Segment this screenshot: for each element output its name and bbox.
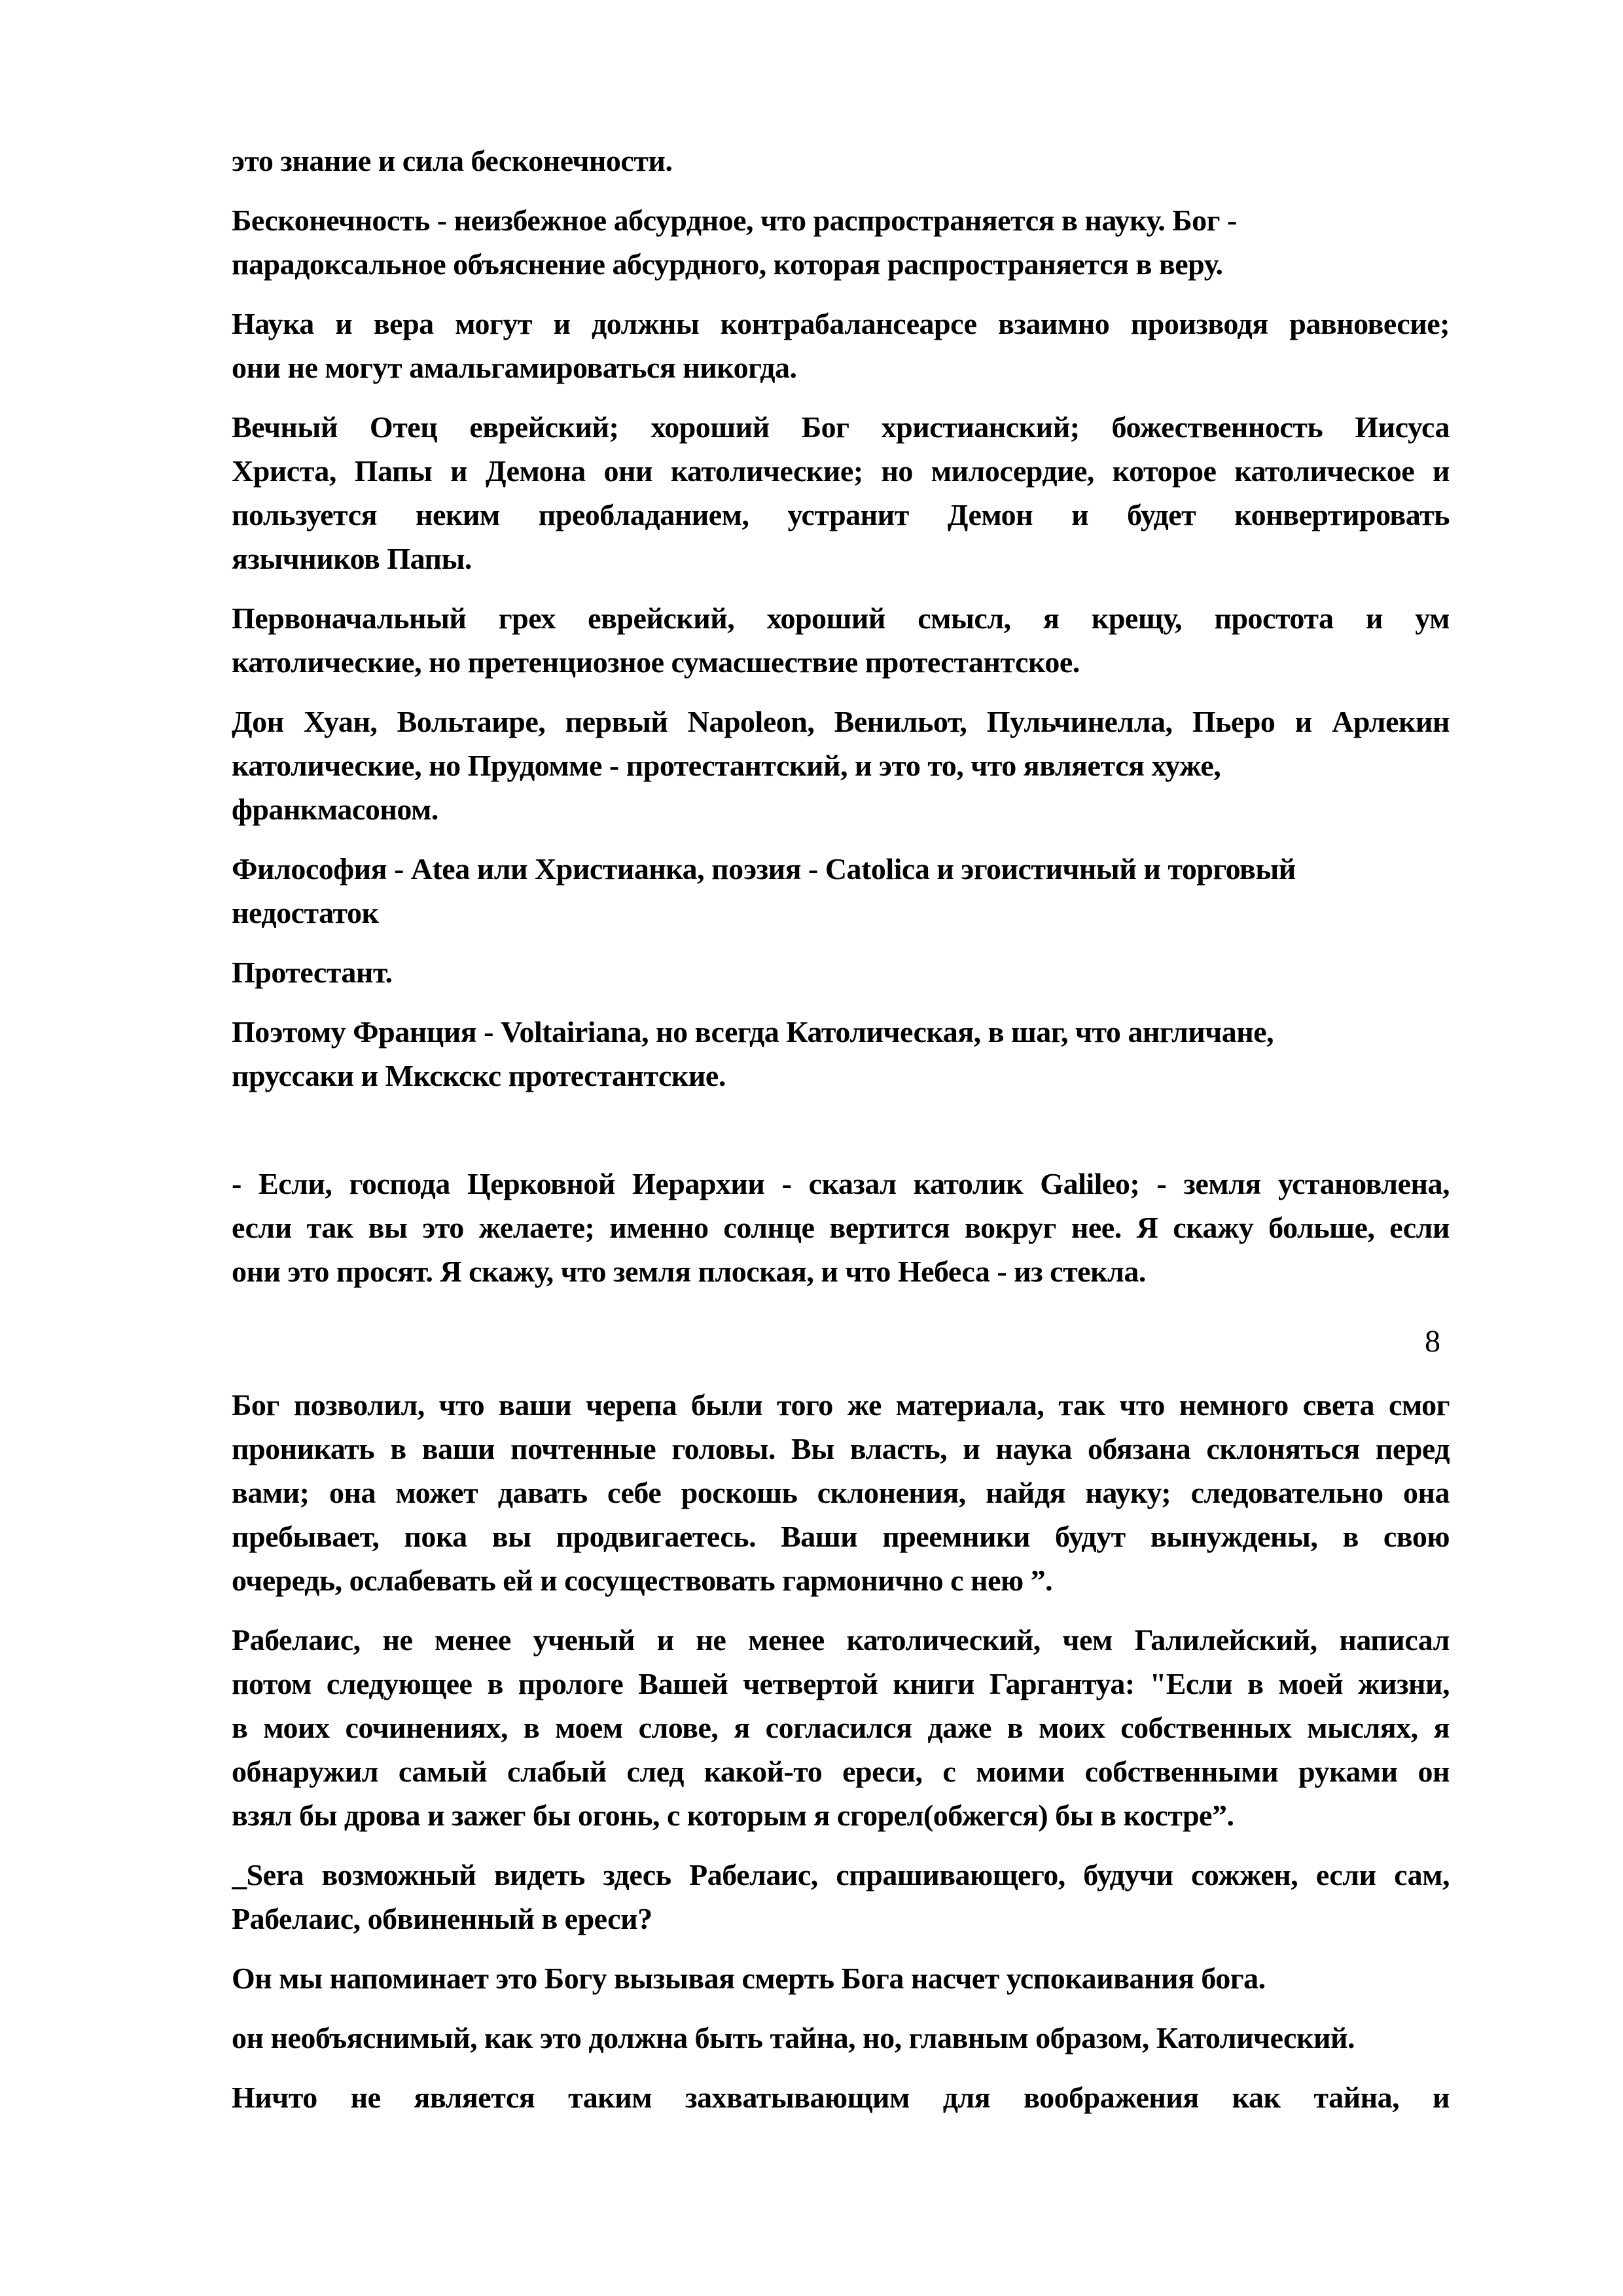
- paragraph: Поэтому Франция - Voltairiana, но всегда…: [232, 1010, 1450, 1098]
- text-line: Протестант.: [232, 950, 1450, 994]
- text-line: потом следующее в прологе Вашей четверто…: [232, 1662, 1450, 1706]
- text-line: взял бы дрова и зажег бы огонь, с которы…: [232, 1793, 1450, 1837]
- text-line: католические, но Прудомме - протестантск…: [232, 744, 1450, 787]
- paragraph: Он мы напоминает это Богу вызывая смерть…: [232, 1956, 1450, 2000]
- text-line: пребывает, пока вы продвигаетесь. Ваши п…: [232, 1515, 1450, 1558]
- text-line: язычников Папы.: [232, 537, 1450, 581]
- paragraph: Первоначальный грех еврейский, хороший с…: [232, 596, 1450, 684]
- text-line: обнаружил самый слабый след какой-то ере…: [232, 1749, 1450, 1793]
- text-line: пользуется неким преобладанием, устранит…: [232, 493, 1450, 537]
- paragraph: он необъяснимый, как это должна быть тай…: [232, 2016, 1450, 2060]
- paragraph-spacer: [232, 1113, 1450, 1162]
- text-line: Бог позволил, что ваши черепа были того …: [232, 1383, 1450, 1427]
- text-line: Бесконечность - неизбежное абсурдное, чт…: [232, 198, 1450, 242]
- text-line: Он мы напоминает это Богу вызывая смерть…: [232, 1956, 1450, 2000]
- paragraph: _Sera возможный видеть здесь Рабелаис, с…: [232, 1853, 1450, 1941]
- text-line: Рабелаис, обвиненный в ереси?: [232, 1897, 1450, 1941]
- paragraph: Бог позволил, что ваши черепа были того …: [232, 1383, 1450, 1602]
- text-line: Философия - Atea или Христианка, поэзия …: [232, 847, 1450, 891]
- text-line: проникать в ваши почтенные головы. Вы вл…: [232, 1427, 1450, 1471]
- paragraph: Протестант.: [232, 950, 1450, 994]
- page-number: 8: [232, 1319, 1450, 1363]
- text-line: они не могут амальгамироваться никогда.: [232, 346, 1450, 389]
- paragraph: Рабелаис, не менее ученый и не менее кат…: [232, 1618, 1450, 1837]
- paragraph: Бесконечность - неизбежное абсурдное, чт…: [232, 198, 1450, 286]
- paragraph: Дон Хуан, Вольтаире, первый Napoleon, Ве…: [232, 700, 1450, 831]
- text-line: пруссаки и Мкскскс протестантские.: [232, 1054, 1450, 1098]
- text-line: Поэтому Франция - Voltairiana, но всегда…: [232, 1010, 1450, 1054]
- text-line: Вечный Отец еврейский; хороший Бог христ…: [232, 405, 1450, 449]
- text-line: очередь, ослабевать ей и сосуществовать …: [232, 1558, 1450, 1602]
- document-page: это знание и сила бесконечности.Бесконеч…: [0, 0, 1623, 2296]
- paragraph: - Если, господа Церковной Иерархии - ска…: [232, 1162, 1450, 1293]
- text-line: Дон Хуан, Вольтаире, первый Napoleon, Ве…: [232, 700, 1450, 744]
- paragraph: Ничто не является таким захватывающим дл…: [232, 2075, 1450, 2119]
- text-line: - Если, господа Церковной Иерархии - ска…: [232, 1162, 1450, 1206]
- text-line: вами; она может давать себе роскошь скло…: [232, 1471, 1450, 1515]
- text-line: франкмасоном.: [232, 787, 1450, 831]
- text-line: Наука и вера могут и должны контрабаланс…: [232, 302, 1450, 346]
- text-line: _Sera возможный видеть здесь Рабелаис, с…: [232, 1853, 1450, 1897]
- text-line: если так вы это желаете; именно солнце в…: [232, 1206, 1450, 1249]
- paragraph: Философия - Atea или Христианка, поэзия …: [232, 847, 1450, 935]
- text-line: это знание и сила бесконечности.: [232, 139, 1450, 183]
- text-line: Ничто не является таким захватывающим дл…: [232, 2075, 1450, 2119]
- text-line: Христа, Папы и Демона они католические; …: [232, 449, 1450, 493]
- text-line: в моих сочинениях, в моем слове, я согла…: [232, 1706, 1450, 1749]
- paragraph: это знание и сила бесконечности.: [232, 139, 1450, 183]
- paragraph: Наука и вера могут и должны контрабаланс…: [232, 302, 1450, 389]
- text-line: Рабелаис, не менее ученый и не менее кат…: [232, 1618, 1450, 1662]
- text-line: Первоначальный грех еврейский, хороший с…: [232, 596, 1450, 640]
- paragraph: Вечный Отец еврейский; хороший Бог христ…: [232, 405, 1450, 581]
- text-line: парадоксальное объяснение абсурдного, ко…: [232, 242, 1450, 286]
- document-flow: это знание и сила бесконечности.Бесконеч…: [0, 0, 1623, 2296]
- text-line: он необъяснимый, как это должна быть тай…: [232, 2016, 1450, 2060]
- text-line: они это просят. Я скажу, что земля плоск…: [232, 1249, 1450, 1293]
- text-line: католические, но претенциозное сумасшест…: [232, 640, 1450, 684]
- text-line: недостаток: [232, 891, 1450, 935]
